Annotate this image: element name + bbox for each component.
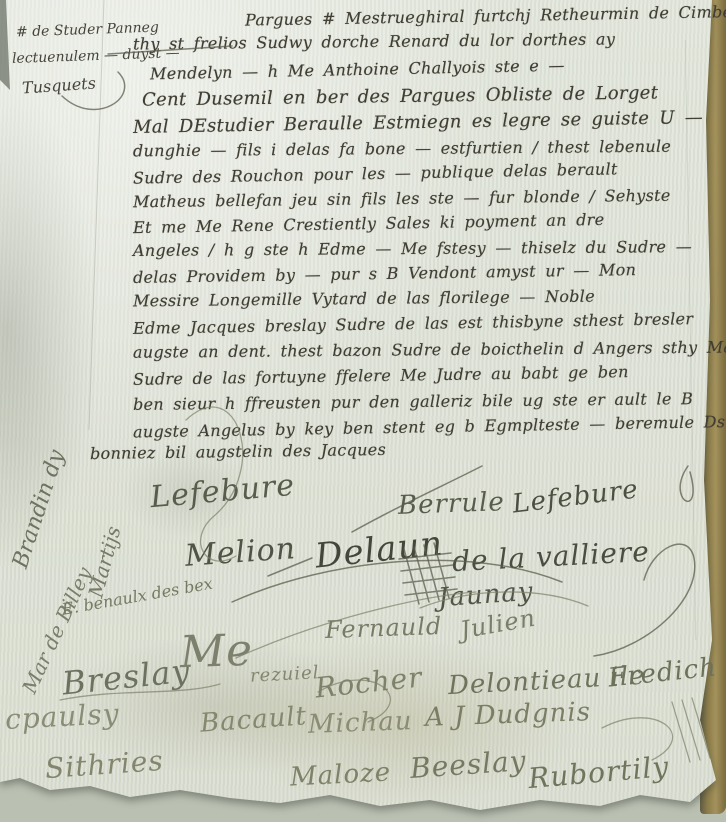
signature-michau: Michau [308, 706, 413, 740]
signature-fernauld: Fernauld [325, 612, 443, 644]
signature-berrule: Berrule [398, 487, 506, 521]
signature-dudgnis: A J Dudgnis [425, 697, 592, 733]
signature-maloze: Maloze [289, 757, 392, 792]
manuscript-line: Angeles / h g ste h Edme — Me fstesy — t… [133, 237, 692, 260]
signature-rezuiel: rezuiel [249, 662, 320, 687]
signature-cpaulsy: cpaulsy [4, 697, 120, 736]
photo-backdrop: # de Studer Panneg lectuenulem — duyst —… [0, 0, 726, 822]
signature-me-initial: Me [179, 625, 254, 679]
